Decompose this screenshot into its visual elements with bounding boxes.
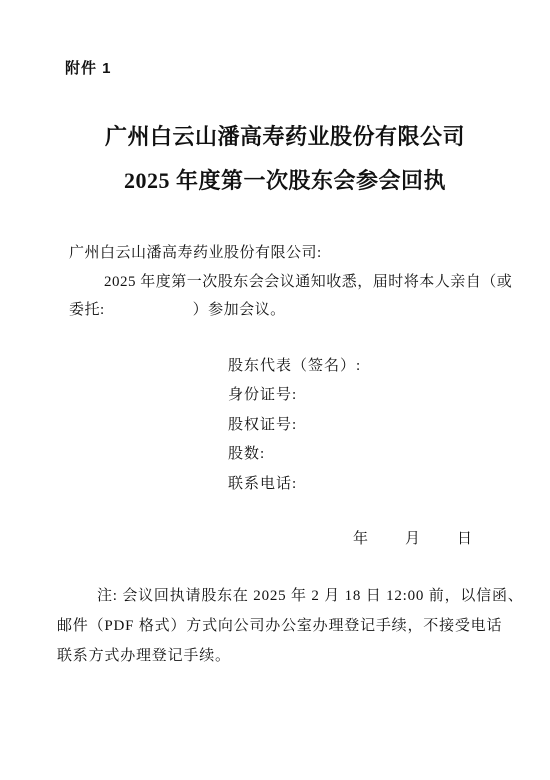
form-fields: 股东代表（签名）: 身份证号: 股权证号: 股数: 联系电话: [228,352,361,499]
salutation-line: 广州白云山潘高寿药业股份有限公司: [69,243,322,263]
note-line-3: 联系方式办理登记手续。 [57,641,509,671]
field-shareholder-representative-signature: 股东代表（签名）: [228,352,361,381]
note-paragraph: 注: 会议回执请股东在 2025 年 2 月 18 日 12:00 前，以信函、… [57,581,509,671]
date-month-label: 月 [405,530,420,549]
document-title-line2: 2025 年度第一次股东会参会回执 [65,166,505,196]
document-page: 附件 1 广州白云山潘高寿药业股份有限公司 2025 年度第一次股东会参会回执 … [0,0,550,780]
note-line-2: 邮件（PDF 格式）方式向公司办公室办理登记手续，不接受电话 [57,611,509,641]
field-share-certificate-number: 股权证号: [228,411,361,440]
date-day-label: 日 [457,530,472,549]
date-line: 年 月 日 [353,530,472,549]
entrust-blank-field [105,313,193,314]
field-contact-phone: 联系电话: [228,470,361,499]
note-line-1: 注: 会议回执请股东在 2025 年 2 月 18 日 12:00 前，以信函、 [57,581,509,611]
attachment-label: 附件 1 [65,59,112,79]
date-year-label: 年 [353,530,368,549]
entrust-suffix: ）参加会议。 [193,302,286,318]
entrust-label: 委托: [69,302,105,318]
meeting-notice-line: 2025 年度第一次股东会会议通知收悉，届时将本人亲自（或 [69,272,512,292]
entrust-line: 委托:）参加会议。 [69,300,286,320]
field-id-number: 身份证号: [228,381,361,410]
field-share-count: 股数: [228,440,361,469]
document-title-line1: 广州白云山潘高寿药业股份有限公司 [65,122,505,152]
